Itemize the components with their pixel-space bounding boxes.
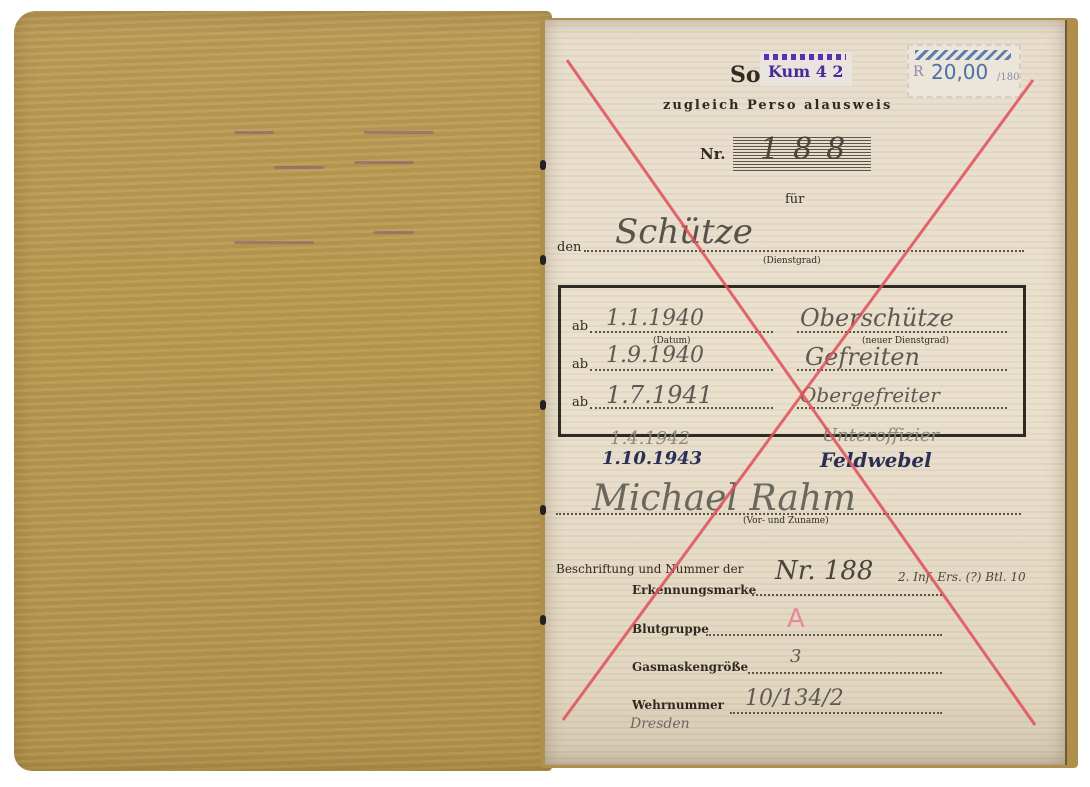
booklet-cover xyxy=(14,11,552,771)
faded-stamp-marks xyxy=(214,121,474,271)
red-cross-out-mark xyxy=(545,20,1065,765)
